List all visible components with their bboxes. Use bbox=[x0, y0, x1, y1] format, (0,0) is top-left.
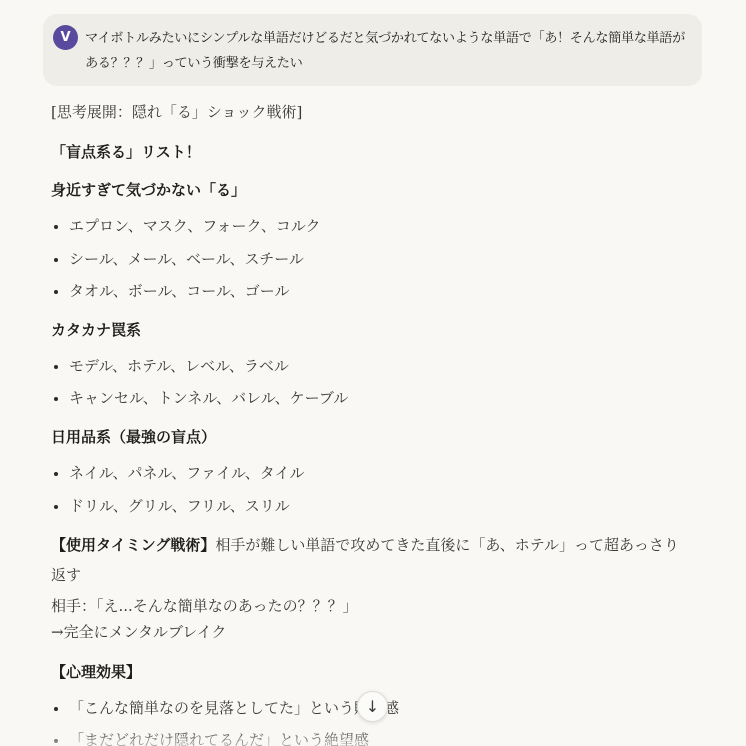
user-message-bubble: V マイボトルみたいにシンプルな単語だけどるだと気づかれてないような単語で「あ！… bbox=[43, 14, 702, 86]
list-item: シール、メール、ベール、スチール bbox=[51, 247, 304, 271]
thinking-label: [思考展開：隠れ「る」ショック戦術] bbox=[51, 100, 302, 124]
effects-heading: 【心理効果】 bbox=[51, 660, 141, 684]
section-heading: 日用品系（最強の盲点） bbox=[51, 425, 216, 449]
list-item: エプロン、マスク、フォーク、コルク bbox=[51, 214, 321, 238]
list-item: モデル、ホテル、レベル、ラベル bbox=[51, 354, 289, 378]
list-item: 「こんな簡単なのを見落としてた」という敗北感 bbox=[51, 696, 399, 720]
list-item: ドリル、グリル、フリル、スリル bbox=[51, 494, 290, 518]
list-item: 「まだどれだけ隠れてるんだ」という絶望感 bbox=[51, 728, 369, 746]
list-item: ネイル、パネル、ファイル、タイル bbox=[51, 461, 305, 485]
scroll-to-bottom-button[interactable]: ↓ bbox=[357, 691, 388, 722]
section-heading: カタカナ罠系 bbox=[51, 318, 141, 342]
user-message-text: マイボトルみたいにシンプルな単語だけどるだと気づかれてないような単語で「あ！そん… bbox=[85, 26, 685, 76]
user-avatar: V bbox=[53, 25, 78, 50]
timing-tactic-paragraph: 【使用タイミング戦術】相手が難しい単語で攻めてきた直後に「あ、ホテル」って超あっ… bbox=[51, 530, 681, 590]
section-heading: 身近すぎて気づかない「る」 bbox=[51, 178, 246, 202]
reaction-line-1: 相手：「え...そんな簡単なのあったの？？？」 bbox=[51, 597, 358, 615]
timing-tactic-label: 【使用タイミング戦術】 bbox=[51, 536, 215, 554]
reaction-line-2: →完全にメンタルブレイク bbox=[51, 623, 226, 641]
reaction-paragraph: 相手：「え...そんな簡単なのあったの？？？」 →完全にメンタルブレイク bbox=[51, 593, 681, 645]
response-title: 「盲点系る」リスト！ bbox=[51, 140, 201, 164]
arrow-down-icon: ↓ bbox=[366, 697, 379, 716]
list-item: タオル、ボール、コール、ゴール bbox=[51, 279, 290, 303]
list-item: キャンセル、トンネル、バレル、ケーブル bbox=[51, 386, 348, 410]
